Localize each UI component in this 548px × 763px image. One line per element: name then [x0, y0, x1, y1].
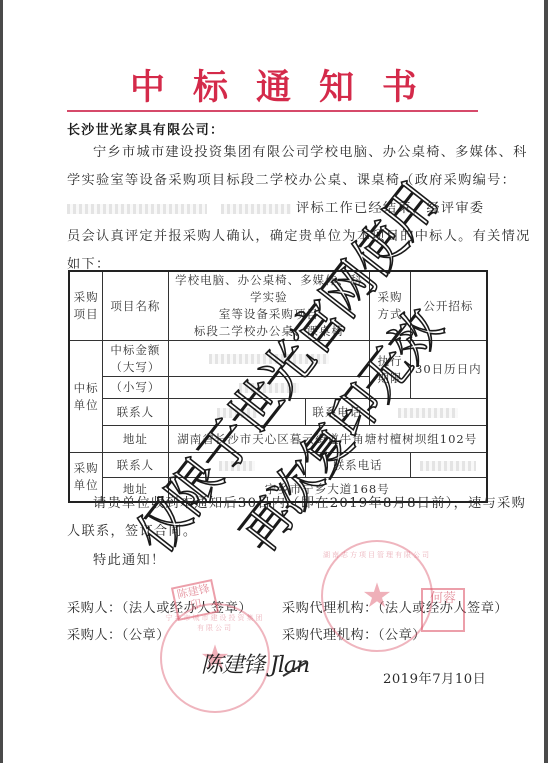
project-name-label: 项目名称 [103, 271, 168, 341]
exec-period-value: 30日历日内 [410, 341, 487, 399]
redacted-procurement-number [67, 204, 207, 214]
intro-line-4: 员会认真评定并报采购人确认，确定贵单位为本项目的中标人。有关情况 [67, 223, 531, 251]
buyer-contact-label: 联系人 [103, 453, 168, 478]
document-title: 中标通知书 [3, 60, 544, 110]
amount-upper-value [168, 341, 370, 377]
intro-line-1: 宁乡市城市建设投资集团有限公司学校电脑、办公桌椅、多媒体、科 [93, 139, 528, 167]
redacted-amount-lower [239, 383, 299, 393]
agency-sign-label: 采购代理机构：（法人或经办人签章） [282, 595, 508, 623]
buyer-phone-value [410, 453, 487, 478]
redacted-winner-contact [217, 408, 257, 418]
issue-date: 2019年7月10日 [383, 666, 486, 694]
closing-line-2: 人联系，签订合同。 [67, 518, 197, 546]
title-divider [67, 110, 478, 112]
project-name-line-3: 标段二学校办公桌、课桌椅 [171, 323, 368, 340]
buyer-contact-value [168, 453, 305, 478]
winner-address-value: 湖南省长沙市天心区暮云街道牛角塘村檀树坝组102号 [168, 426, 487, 453]
buyer-seal-label: 采购人：（公章） [67, 622, 170, 650]
amount-upper-label-line-2: （大写） [105, 359, 165, 376]
redacted-text [221, 204, 291, 214]
intro-line-2: 学实验室等设备采购项目标段二学校办公桌、课桌椅（政府采购编号： [67, 167, 516, 195]
redacted-winner-phone [398, 408, 458, 418]
procurement-item-label: 采购项目 [69, 271, 103, 341]
special-notice: 特此通知！ [93, 547, 165, 575]
winning-unit-label: 中标单位 [69, 341, 103, 453]
amount-lower-label: （小写） [103, 377, 168, 399]
table-row-winner-contact: 联系人 联系电话 [69, 399, 487, 426]
winner-phone-label: 联系电话 [305, 399, 370, 426]
buyer-phone-label: 联系电话 [305, 453, 410, 478]
closing-line-1: 请贵单位收到本通知后30日内（即在2019年8月8日前），速与采购 [93, 490, 526, 518]
buyer-sign-label: 采购人：（法人或经办人签章） [67, 595, 252, 623]
intro-line-3: 评标工作已经结束，经评审委 [67, 195, 484, 223]
winner-contact-value [168, 399, 305, 426]
amount-upper-label-line-1: 中标金额 [105, 342, 165, 359]
agency-seal-text: 湖南志方项目管理有限公司 [323, 550, 431, 560]
table-row-amount-upper: 中标单位 中标金额 （大写） 执行期限 30日历日内 [69, 341, 487, 377]
redacted-amount-upper [209, 354, 329, 364]
agency-seal-label: 采购代理机构：（公章） [282, 622, 426, 650]
handwritten-signature: 陈建锋 Jlan [201, 648, 309, 679]
award-info-table: 采购项目 项目名称 学校电脑、办公桌椅、多媒体、科学实验 室等设备采购项目 标段… [68, 270, 488, 503]
redacted-buyer-phone [420, 461, 476, 471]
project-name-value: 学校电脑、办公桌椅、多媒体、科学实验 室等设备采购项目 标段二学校办公桌、课桌椅 [168, 271, 370, 341]
amount-lower-value [168, 377, 370, 399]
table-row-project: 采购项目 项目名称 学校电脑、办公桌椅、多媒体、科学实验 室等设备采购项目 标段… [69, 271, 487, 341]
redacted-buyer-contact [219, 461, 255, 471]
project-name-line-1: 学校电脑、办公桌椅、多媒体、科学实验 [171, 272, 368, 306]
project-name-line-2: 室等设备采购项目 [171, 306, 368, 323]
intro-line-3-tail: 评标工作已经结束，经评审委 [296, 201, 484, 216]
winner-address-label: 地址 [103, 426, 168, 453]
table-row-winner-address: 地址 湖南省长沙市天心区暮云街道牛角塘村檀树坝组102号 [69, 426, 487, 453]
exec-period-label: 执行期限 [370, 341, 411, 399]
amount-upper-label: 中标金额 （大写） [103, 341, 168, 377]
winner-contact-label: 联系人 [103, 399, 168, 426]
document-page: 中标通知书 长沙世光家具有限公司： 宁乡市城市建设投资集团有限公司学校电脑、办公… [3, 0, 544, 763]
procurement-method-value: 公开招标 [410, 271, 487, 341]
winner-phone-value [370, 399, 487, 426]
procurement-method-label: 采购方式 [370, 271, 411, 341]
table-row-buyer-contact: 采购单位 联系人 联系电话 [69, 453, 487, 478]
